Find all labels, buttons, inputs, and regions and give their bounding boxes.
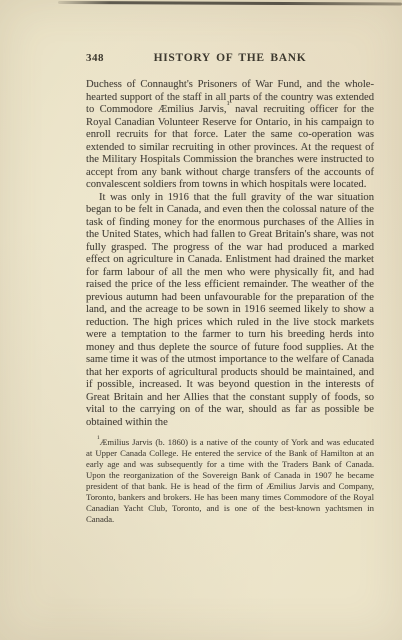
paragraph: It was only in 1916 that the full gravit… [86, 192, 374, 430]
running-title: HISTORY OF THE BANK [86, 52, 374, 65]
scan-edge-artifact [58, 1, 402, 6]
book-page-scan: 348 HISTORY OF THE BANK Duchess of Conna… [0, 0, 402, 640]
page-number: 348 [86, 52, 104, 65]
page-content: 348 HISTORY OF THE BANK Duchess of Conna… [86, 52, 374, 534]
footnote-text: 1Æmilius Jarvis (b. 1860) is a native of… [86, 437, 374, 525]
footnote-ref: 1 [97, 435, 100, 441]
footnote-ref: 1 [227, 100, 230, 107]
text-segment: It was only in 1916 that the full gravit… [86, 192, 374, 428]
text-segment: naval recruiting officer for the Royal C… [86, 104, 374, 190]
paragraph: Duchess of Connaught's Prisoners of War … [86, 79, 374, 192]
body-text: Duchess of Connaught's Prisoners of War … [86, 79, 374, 429]
page-header: 348 HISTORY OF THE BANK [86, 52, 374, 65]
text-segment: Æmilius Jarvis (b. 1860) is a native of … [86, 437, 374, 524]
